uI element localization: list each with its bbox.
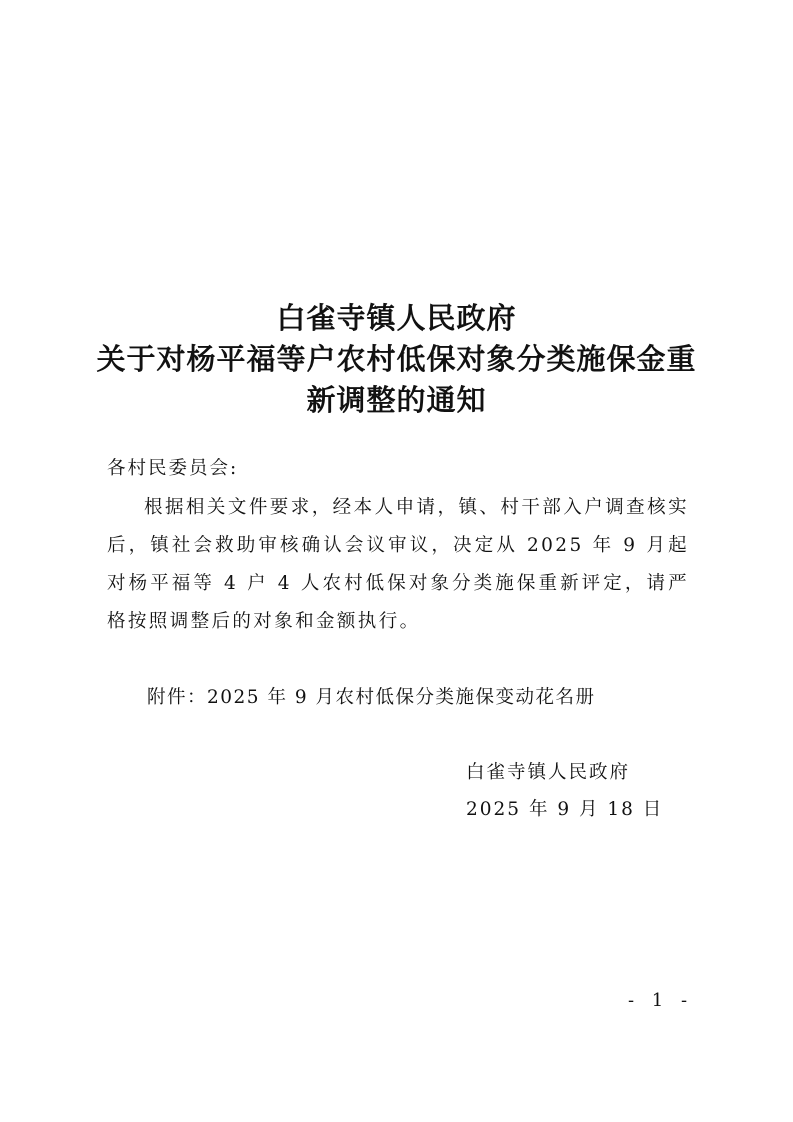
body-paragraph: 根据相关文件要求，经本人申请，镇、村干部入户调查核实后，镇社会救助审核确认会议审… — [107, 489, 689, 641]
issuer-signature: 白雀寺镇人民政府 — [466, 758, 630, 784]
title-line-3: 新调整的通知 — [0, 380, 793, 420]
page-number: - 1 - — [628, 990, 693, 1011]
title-line-1: 白雀寺镇人民政府 — [0, 298, 793, 338]
attachment-line: 附件：2025 年 9 月农村低保分类施保变动花名册 — [147, 683, 596, 709]
salutation: 各村民委员会: — [107, 454, 238, 480]
title-line-2: 关于对杨平福等户农村低保对象分类施保金重 — [0, 339, 793, 379]
issue-date: 2025 年 9 月 18 日 — [466, 795, 663, 821]
